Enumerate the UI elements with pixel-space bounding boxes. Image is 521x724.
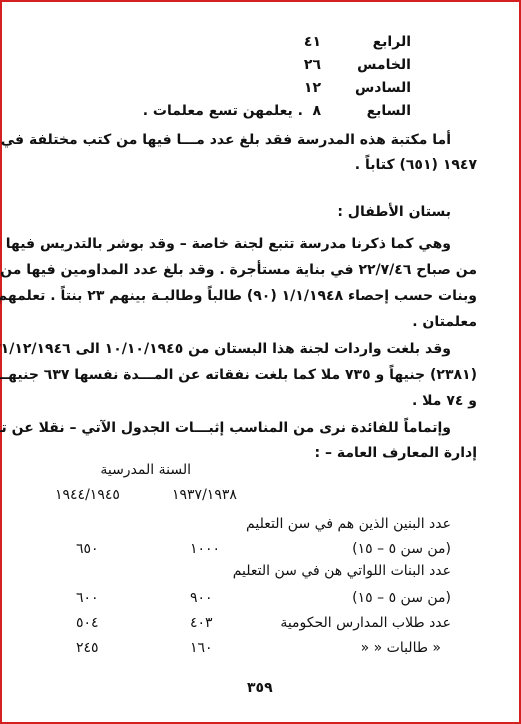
table-cell: ١٦٠ xyxy=(190,639,213,657)
table-cell: ١٠٠٠ xyxy=(190,540,220,558)
table-column-header: ١٩٣٧/١٩٣٨ xyxy=(172,486,237,504)
library-line-2: ١٩٤٧ (٦٥١) كتاباً . xyxy=(300,156,477,174)
para3-line: وإتماماً للفائدة نرى من المناسب إثبـــات… xyxy=(40,419,451,437)
table-cell: ٩٠٠ xyxy=(190,589,213,607)
grade-count: ٢٦ xyxy=(304,56,321,74)
table-row-sublabel: (من سن ٥ – ١٥) xyxy=(352,540,451,558)
table-row-label: عدد البنات اللواتي هن في سن التعليم xyxy=(233,562,451,580)
para1-line: وهي كما ذكرنا مدرسة تتبع لجنة خاصة – وقد… xyxy=(40,235,451,253)
para2-line: وقد بلغت واردات لجنة هذا البستان من ١٠/١… xyxy=(40,340,451,358)
page-number: ٣٥٩ xyxy=(247,679,273,697)
table-row-label: « طالبات « « xyxy=(361,639,441,657)
para2-line: (٢٣٨١) جنيهاً و ٧٣٥ ملا كما بلغت نفقاته … xyxy=(40,366,477,384)
table-row-label: عدد طلاب المدارس الحكومية xyxy=(280,614,451,632)
table-row-sublabel: (من سن ٥ – ١٥) xyxy=(352,589,451,607)
grade-note: . يعلمهن تسع معلمات . xyxy=(143,102,303,120)
grade-count: ٤١ xyxy=(304,33,321,51)
document-page: الرابع ٤١ الخامس ٢٦ السادس ١٢ السابع ٨ .… xyxy=(0,0,521,724)
table-cell: ٦٠٠ xyxy=(76,589,99,607)
table-row-label: عدد البنين الذين هم في سن التعليم xyxy=(246,515,451,533)
para1-line: معلمتان . xyxy=(380,313,477,331)
table-cell: ٢٤٥ xyxy=(76,639,99,657)
grade-label: السابع xyxy=(367,102,411,120)
grade-label: الخامس xyxy=(357,56,411,74)
para2-line: و ٧٤ ملا . xyxy=(380,392,477,410)
grade-label: الرابع xyxy=(373,33,411,51)
para1-line: من صباح ٢٢/٧/٤٦ في بناية مستأجرة . وقد ب… xyxy=(40,261,477,279)
grade-count: ١٢ xyxy=(304,79,321,97)
table-cell: ٤٠٣ xyxy=(190,614,213,632)
grade-count: ٨ xyxy=(312,102,321,120)
section-heading: بستان الأطفال : xyxy=(337,203,451,221)
para1-line: وبنات حسب إحصاء ١/١/١٩٤٨ (٩٠) طالباً وطا… xyxy=(40,287,477,305)
table-caption: السنة المدرسية xyxy=(100,461,191,479)
table-cell: ٦٥٠ xyxy=(76,540,99,558)
table-column-header: ١٩٤٤/١٩٤٥ xyxy=(55,486,120,504)
para3-line: إدارة المعارف العامة – : xyxy=(300,444,477,462)
table-cell: ٥٠٤ xyxy=(76,614,99,632)
grade-label: السادس xyxy=(355,79,411,97)
library-line-1: أما مكتبة هذه المدرسة فقد بلغ عدد مـــا … xyxy=(42,131,451,149)
